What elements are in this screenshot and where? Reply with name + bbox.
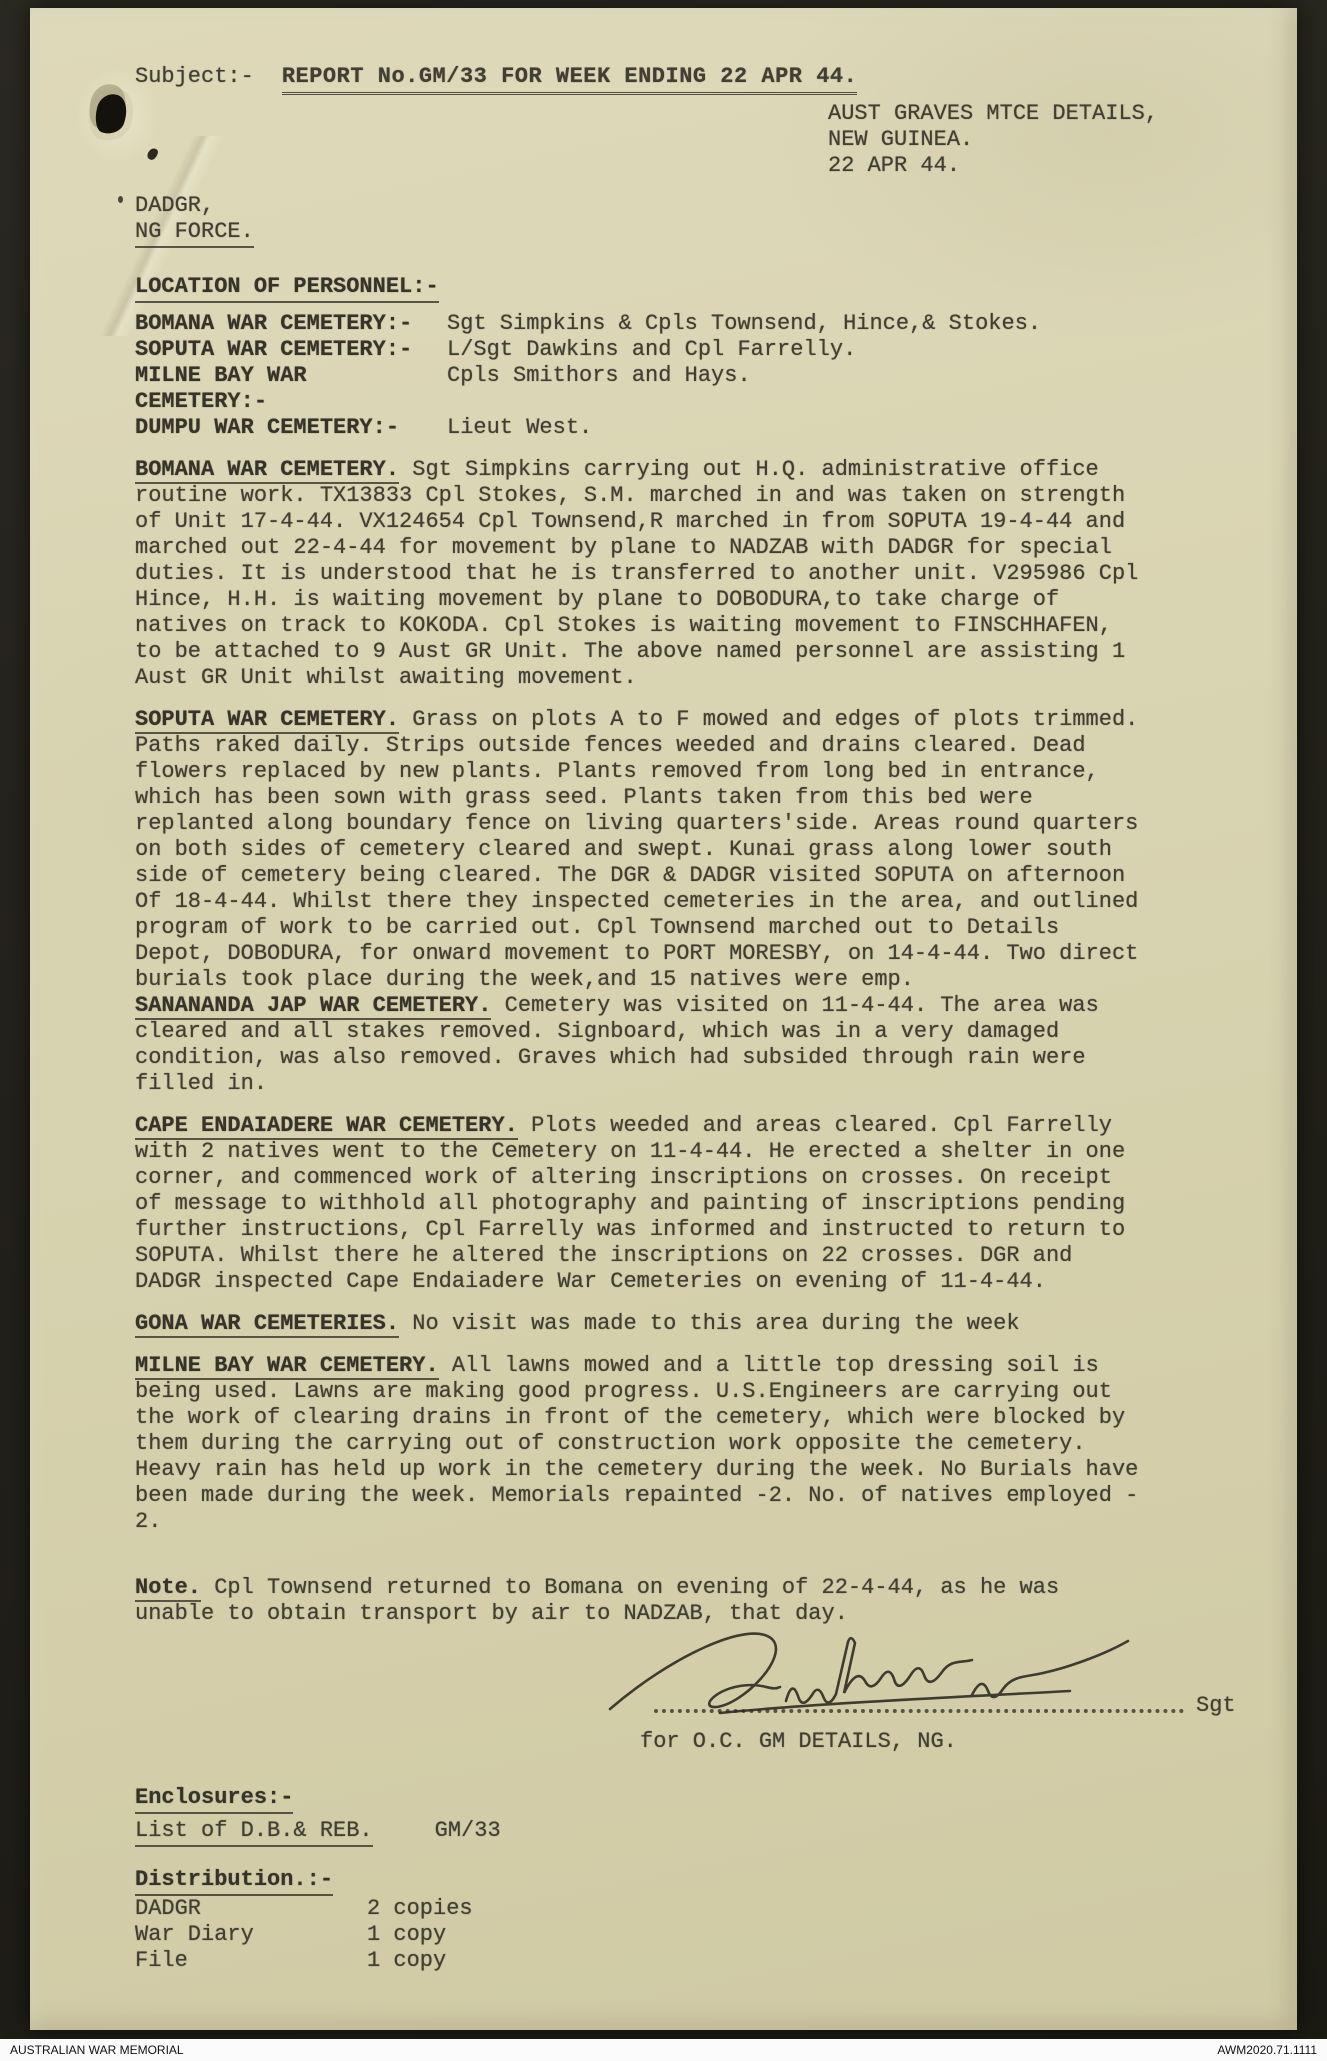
distribution-heading: Distribution.:- [135, 1867, 333, 1896]
distribution-row: DADGR 2 copies [135, 1896, 1239, 1922]
enclosures-item: List of D.B.& REB. GM/33 [135, 1818, 1239, 1847]
distribution-recipient: War Diary [135, 1922, 367, 1948]
archive-accession-number: AWM2020.71.1111 [1217, 2043, 1317, 2057]
distribution-row: War Diary 1 copy [135, 1922, 1239, 1948]
enclosure-description: List of D.B.& REB. [135, 1818, 373, 1847]
table-row: BOMANA WAR CEMETERY:- Sgt Simpkins & Cpl… [135, 311, 1239, 337]
paragraph-body: No visit was made to this area during th… [412, 1311, 1019, 1336]
typed-content: Subject:- REPORT No.GM/33 FOR WEEK ENDIN… [30, 8, 1297, 2014]
paragraph-heading: MILNE BAY WAR CEMETERY. [135, 1353, 439, 1380]
cemetery-name: DUMPU WAR CEMETERY:- [135, 415, 447, 441]
paragraph-body: Plots weeded and areas cleared. Cpl Farr… [135, 1113, 1125, 1294]
paragraph-body: Sgt Simpkins carrying out H.Q. administr… [135, 457, 1138, 690]
distribution-block: Distribution.:- DADGR 2 copies War Diary… [135, 1867, 1239, 1974]
paragraph-sanananda: SANANANDA JAP WAR CEMETERY. Cemetery was… [135, 993, 1145, 1097]
paragraph-body: Grass on plots A to F mowed and edges of… [135, 707, 1138, 992]
paragraph-cape-endaiadere: CAPE ENDAIADERE WAR CEMETERY. Plots weed… [135, 1113, 1145, 1295]
personnel-names: Cpls Smithors and Hays. [447, 363, 1239, 415]
addressee-block: DADGR, NG FORCE. [135, 193, 1239, 248]
report-title: REPORT No.GM/33 FOR WEEK ENDING 22 APR 4… [282, 64, 858, 95]
handwritten-signature [600, 1617, 1160, 1727]
subject-line: Subject:- REPORT No.GM/33 FOR WEEK ENDIN… [135, 64, 1239, 95]
scan-background: Subject:- REPORT No.GM/33 FOR WEEK ENDIN… [0, 0, 1327, 2061]
table-row: DUMPU WAR CEMETERY:- Lieut West. [135, 415, 1239, 441]
signature-rank: Sgt [1196, 1693, 1236, 1719]
signature-line: Sgt [640, 1657, 1239, 1727]
enclosure-reference: GM/33 [435, 1818, 501, 1847]
letterhead: AUST GRAVES MTCE DETAILS, NEW GUINEA. 22… [828, 101, 1239, 179]
paragraph-body: All lawns mowed and a little top dressin… [135, 1353, 1138, 1534]
paragraph-heading: BOMANA WAR CEMETERY. [135, 457, 399, 484]
paragraph-heading: CAPE ENDAIADERE WAR CEMETERY. [135, 1113, 518, 1140]
table-row: MILNE BAY WAR CEMETERY:- Cpls Smithors a… [135, 363, 1239, 415]
archive-caption-bar: AUSTRALIAN WAR MEMORIAL AWM2020.71.1111 [0, 2039, 1327, 2061]
distribution-row: File 1 copy [135, 1948, 1239, 1974]
distribution-recipient: File [135, 1948, 367, 1974]
location-of-personnel-heading: LOCATION OF PERSONNEL:- [135, 274, 439, 303]
cemetery-name: MILNE BAY WAR CEMETERY:- [135, 363, 447, 415]
paragraph-heading: SANANANDA JAP WAR CEMETERY. [135, 993, 491, 1020]
paragraph-soputa: SOPUTA WAR CEMETERY. Grass on plots A to… [135, 707, 1145, 993]
paragraph-heading: GONA WAR CEMETERIES. [135, 1311, 399, 1338]
distribution-copies: 1 copy [367, 1948, 1239, 1974]
letterhead-unit: AUST GRAVES MTCE DETAILS, [828, 101, 1239, 127]
letterhead-location: NEW GUINEA. [828, 127, 1239, 153]
document-page: Subject:- REPORT No.GM/33 FOR WEEK ENDIN… [30, 8, 1297, 2030]
signature-for-line: for O.C. GM DETAILS, NG. [640, 1729, 1239, 1755]
personnel-names: Sgt Simpkins & Cpls Townsend, Hince,& St… [447, 311, 1239, 337]
distribution-copies: 1 copy [367, 1922, 1239, 1948]
enclosures-block: Enclosures:- List of D.B.& REB. GM/33 [135, 1785, 1239, 1847]
table-row: SOPUTA WAR CEMETERY:- L/Sgt Dawkins and … [135, 337, 1239, 363]
distribution-recipient: DADGR [135, 1896, 367, 1922]
archive-institution-label: AUSTRALIAN WAR MEMORIAL [10, 2043, 184, 2057]
addressee-line-2: NG FORCE. [135, 219, 254, 248]
personnel-location-table: BOMANA WAR CEMETERY:- Sgt Simpkins & Cpl… [135, 311, 1239, 441]
paragraph-milne-bay: MILNE BAY WAR CEMETERY. All lawns mowed … [135, 1353, 1145, 1535]
signature-block: Sgt for O.C. GM DETAILS, NG. [640, 1657, 1239, 1755]
paragraph-gona: GONA WAR CEMETERIES. No visit was made t… [135, 1311, 1145, 1337]
note-label: Note. [135, 1575, 201, 1602]
personnel-names: L/Sgt Dawkins and Cpl Farrelly. [447, 337, 1239, 363]
subject-label: Subject:- [135, 64, 254, 90]
addressee-line-1: DADGR, [135, 193, 1239, 219]
letterhead-date: 22 APR 44. [828, 153, 1239, 179]
cemetery-name: SOPUTA WAR CEMETERY:- [135, 337, 447, 363]
paragraph-bomana: BOMANA WAR CEMETERY. Sgt Simpkins carryi… [135, 457, 1145, 691]
personnel-names: Lieut West. [447, 415, 1239, 441]
enclosures-heading: Enclosures:- [135, 1785, 293, 1814]
distribution-copies: 2 copies [367, 1896, 1239, 1922]
paragraph-heading: SOPUTA WAR CEMETERY. [135, 707, 399, 734]
cemetery-name: BOMANA WAR CEMETERY:- [135, 311, 447, 337]
